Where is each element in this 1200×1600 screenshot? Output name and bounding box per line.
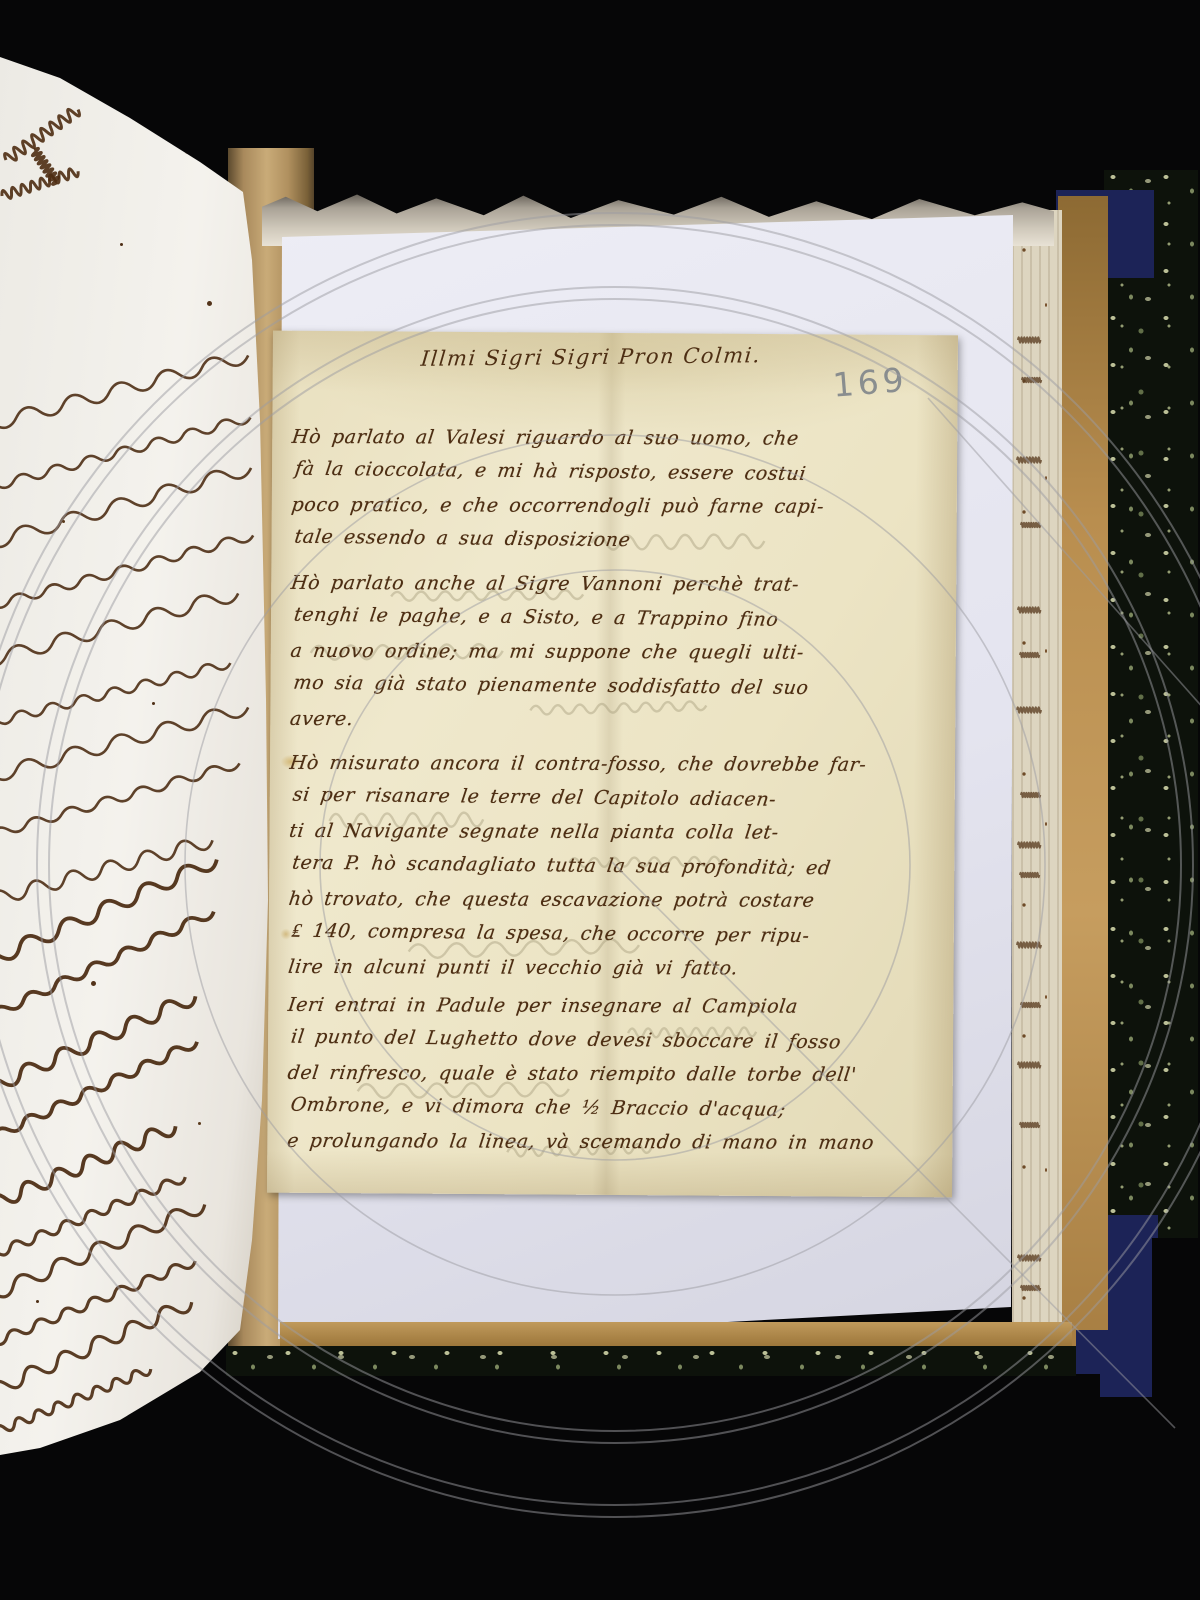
lower-text-block — [0, 1173, 207, 1436]
manuscript-line: hò trovato, che questa escavazione potrà… — [287, 882, 944, 918]
manuscript-line: Hò parlato anche al Sigre Vannoni perchè… — [289, 566, 946, 602]
manuscript-line: a nuovo ordine; ma mi suppone che quegli… — [288, 634, 945, 670]
manuscript-line: poco pratico, e che occorrendogli può fa… — [290, 488, 947, 524]
manuscript-photo: Illmi Sigri Sigri Pron Colmi. 169 Hò par… — [0, 0, 1200, 1600]
page-edges-foxing-strip — [1012, 210, 1062, 1338]
paragraph-1: Hò parlato al Valesi riguardo al suo uom… — [291, 419, 944, 560]
manuscript-line: del rinfresco, quale è stato riempito da… — [286, 1056, 943, 1092]
paragraph-3: Hò misurato ancora il contra-fosso, che … — [288, 745, 942, 988]
middle-text-block — [0, 853, 220, 1211]
paragraph-4: Ieri entrai in Padule per insegnare al C… — [287, 987, 940, 1162]
letter-body: Hò parlato al Valesi riguardo al suo uom… — [287, 419, 944, 1162]
manuscript-letter-page: Illmi Sigri Sigri Pron Colmi. 169 Hò par… — [267, 331, 958, 1198]
manuscript-line: ti al Navigante segnate nella pianta col… — [287, 814, 944, 850]
manuscript-line: ₤ 140, compresa la spesa, che occorre pe… — [290, 914, 946, 955]
paragraph-2: Hò parlato anche al Sigre Vannoni perchè… — [290, 565, 943, 740]
manuscript-line: mo sia già stato pienamente soddisfatto … — [291, 666, 947, 707]
marbled-cover-right-edge — [1104, 170, 1198, 1360]
edge-marks-group — [1017, 337, 1041, 1290]
manuscript-line: Hò parlato al Valesi riguardo al suo uom… — [290, 420, 947, 456]
marbled-cover-bottom-edge — [226, 1346, 1076, 1376]
kraft-paper-edge-right — [1058, 196, 1108, 1352]
top-signature-scribble — [0, 105, 81, 201]
manuscript-line: tale essendo a sua disposizione — [292, 520, 948, 561]
shadow-patch — [1152, 1238, 1200, 1406]
manuscript-line: tenghi le paghe, e a Sisto, e a Trappino… — [292, 598, 948, 639]
ink-specks — [0, 0, 3, 3]
manuscript-line: lire in alcuni punti il vecchio già vi f… — [286, 950, 943, 986]
cover-cloth-blue-bottom-corner — [1076, 1330, 1160, 1374]
manuscript-line: si per risanare le terre del Capitolo ad… — [291, 778, 947, 819]
manuscript-line: Hò misurato ancora il contra-fosso, che … — [288, 746, 945, 782]
upper-text-block — [0, 349, 254, 907]
letter-salutation: Illmi Sigri Sigri Pron Colmi. — [420, 343, 782, 371]
manuscript-line: Ombrone, e vi dimora che ½ Braccio d'acq… — [288, 1088, 944, 1129]
manuscript-line: avere. — [288, 702, 945, 738]
page-edge-ink-marks — [1012, 210, 1062, 1338]
manuscript-line: fà la cioccolata, e mi hà risposto, esse… — [293, 452, 949, 493]
kraft-paper-edge-bottom — [280, 1322, 1072, 1348]
manuscript-line: Ieri entrai in Padule per insegnare al C… — [286, 988, 943, 1024]
manuscript-line: il punto del Lughetto dove devesi sbocca… — [289, 1020, 945, 1061]
manuscript-line: e prolungando la linea, và scemando di m… — [285, 1124, 942, 1160]
manuscript-line: tera P. hò scandagliato tutta la sua pro… — [290, 846, 946, 887]
